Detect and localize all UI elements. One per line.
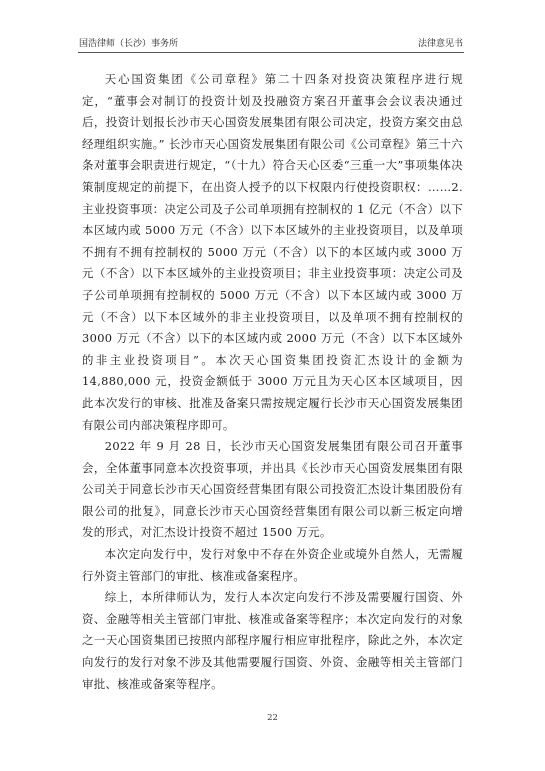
- paragraph-foreign-investment: 本次定向发行中，发行对象中不存在外资企业或境外自然人，无需履行外资主管部门的审批…: [82, 544, 463, 587]
- paragraph-board-approval: 2022 年 9 月 28 日，长沙市天心国资发展集团有限公司召开董事会，全体董…: [82, 436, 463, 544]
- paragraph-conclusion: 综上，本所律师认为，发行人本次定向发行不涉及需要履行国资、外资、金融等相关主管部…: [82, 587, 463, 695]
- page-number: 22: [0, 713, 545, 723]
- document-type: 法律意见书: [418, 38, 463, 50]
- paragraph-investment-procedure: 天心国资集团《公司章程》第二十四条对投资决策程序进行规定，“董事会对制订的投资计…: [82, 69, 463, 436]
- law-firm-name: 国浩律师（长沙）事务所: [79, 38, 178, 50]
- document-body: 天心国资集团《公司章程》第二十四条对投资决策程序进行规定，“董事会对制订的投资计…: [82, 69, 463, 695]
- page-header: 国浩律师（长沙）事务所 法律意见书: [78, 38, 464, 53]
